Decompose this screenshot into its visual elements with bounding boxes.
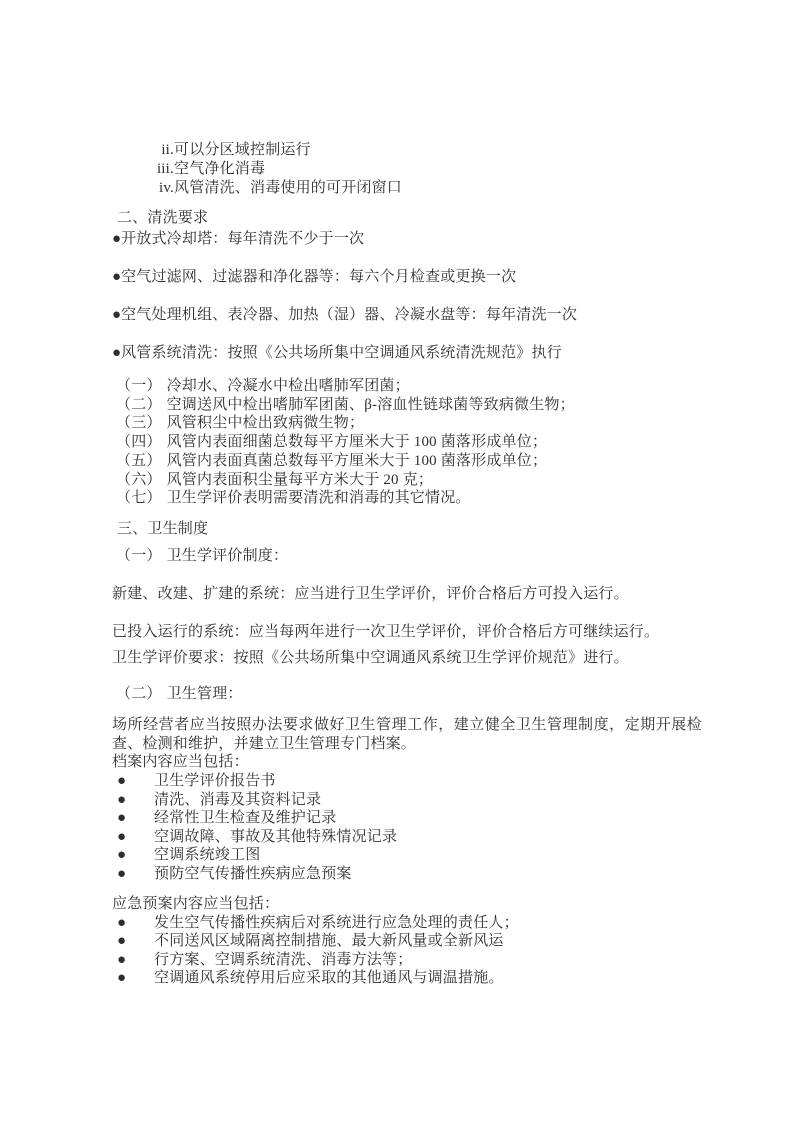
roman-list-item: iv.风管清洗、消毒使用的可开闭窗口 <box>112 179 702 198</box>
list-item-text: 预防空气传播性疾病应急预案 <box>154 865 702 884</box>
bullet-item: ●空气过滤网、过滤器和净化器等：每六个月检查或更换一次 <box>112 268 702 287</box>
emergency-plan-list: ●发生空气传播性疾病后对系统进行应急处理的责任人； ●不同送风区域隔离控制措施、… <box>112 914 702 988</box>
roman-item-text: 可以分区域控制运行 <box>174 141 702 160</box>
bullet-item-text: 空气处理机组、表冷器、加热（湿）器、冷凝水盘等：每年清洗一次 <box>121 307 577 323</box>
item-number: （二） <box>116 686 162 702</box>
list-item-text: 清洗、消毒及其资料记录 <box>154 791 702 810</box>
bullet-icon: ● <box>112 269 121 285</box>
roman-item-text: 风管清洗、消毒使用的可开闭窗口 <box>174 179 702 198</box>
bullet-icon: ● <box>112 345 121 361</box>
numbered-item-text: 风管内表面细菌总数每平方厘米大于 100 菌落形成单位； <box>162 434 548 450</box>
numbered-item-text: 风管内表面积尘量每平方米大于 20 克； <box>162 472 434 488</box>
bullet-item: ●空气处理机组、表冷器、加热（湿）器、冷凝水盘等：每年清洗一次 <box>112 306 702 325</box>
roman-numeral-marker: iii. <box>112 160 174 179</box>
numbered-item: （一）冷却水、冷凝水中检出嗜肺军团菌； <box>116 377 702 396</box>
item-number: （一） <box>116 548 162 564</box>
section-heading-cleaning: 二、清洗要求 <box>112 209 702 228</box>
cleaning-conditions-list: （一）冷却水、冷凝水中检出嗜肺军团菌； （二）空调送风中检出嗜肺军团菌、β-溶血… <box>112 377 702 508</box>
item-number: （五） <box>116 453 162 469</box>
bullet-icon: ● <box>117 772 154 791</box>
archive-list: ●卫生学评价报告书 ●清洗、消毒及其资料记录 ●经常性卫生检查及维护记录 ●空调… <box>112 772 702 884</box>
bullet-icon: ● <box>117 828 154 847</box>
list-item-text: 发生空气传播性疾病后对系统进行应急处理的责任人； <box>154 914 702 933</box>
list-item: ●空调通风系统停用后应采取的其他通风与调温措施。 <box>117 969 702 988</box>
item-number: （四） <box>116 434 162 450</box>
archive-list-intro: 档案内容应当包括： <box>112 753 702 772</box>
list-item: ●空调故障、事故及其他特殊情况记录 <box>117 828 702 847</box>
item-number: （七） <box>116 490 162 506</box>
numbered-item-text: 冷却水、冷凝水中检出嗜肺军团菌； <box>162 378 410 394</box>
bullet-icon: ● <box>117 932 154 951</box>
bullet-icon: ● <box>117 865 154 884</box>
subsection-heading-text: 卫生管理： <box>162 686 243 702</box>
list-item: ●卫生学评价报告书 <box>117 772 702 791</box>
intro-roman-list: ii.可以分区域控制运行 iii.空气净化消毒 iv.风管清洗、消毒使用的可开闭… <box>112 141 702 198</box>
item-number: （六） <box>116 472 162 488</box>
bullet-icon: ● <box>117 951 154 970</box>
paragraph-new-systems: 新建、改建、扩建的系统：应当进行卫生学评价，评价合格后方可投入运行。 <box>112 585 702 604</box>
numbered-item: （三）风管积尘中检出致病微生物； <box>116 414 702 433</box>
subsection-heading-evaluation: （一）卫生学评价制度： <box>112 547 702 566</box>
numbered-item-text: 卫生学评价表明需要清洗和消毒的其它情况。 <box>162 490 471 506</box>
list-item-text: 卫生学评价报告书 <box>154 772 702 791</box>
bullet-icon: ● <box>112 231 121 247</box>
bullet-icon: ● <box>112 307 121 323</box>
plan-list-intro: 应急预案内容应当包括： <box>112 895 702 914</box>
list-item: ●行方案、空调系统清洗、消毒方法等； <box>117 951 702 970</box>
list-item-text: 行方案、空调系统清洗、消毒方法等； <box>154 951 702 970</box>
paragraph-running-systems: 已投入运行的系统：应当每两年进行一次卫生学评价，评价合格后方可继续运行。 <box>112 623 702 642</box>
numbered-item-text: 空调送风中检出嗜肺军团菌、β-溶血性链球菌等致病微生物； <box>162 397 575 413</box>
roman-item-text: 空气净化消毒 <box>174 160 702 179</box>
document-page: ii.可以分区域控制运行 iii.空气净化消毒 iv.风管清洗、消毒使用的可开闭… <box>0 0 793 1122</box>
bullet-item: ●开放式冷却塔：每年清洗不少于一次 <box>112 230 702 249</box>
numbered-item: （五）风管内表面真菌总数每平方厘米大于 100 菌落形成单位； <box>116 452 702 471</box>
bullet-item-text: 开放式冷却塔：每年清洗不少于一次 <box>121 231 364 247</box>
bullet-item-text: 风管系统清洗：按照《公共场所集中空调通风系统清洗规范》执行 <box>121 345 562 361</box>
numbered-item: （二）空调送风中检出嗜肺军团菌、β-溶血性链球菌等致病微生物； <box>116 396 702 415</box>
numbered-item: （七）卫生学评价表明需要清洗和消毒的其它情况。 <box>116 489 702 508</box>
list-item: ●不同送风区域隔离控制措施、最大新风量或全新风运 <box>117 932 702 951</box>
list-item-text: 经常性卫生检查及维护记录 <box>154 809 702 828</box>
numbered-item-text: 风管内表面真菌总数每平方厘米大于 100 菌落形成单位； <box>162 453 548 469</box>
bullet-icon: ● <box>117 791 154 810</box>
bullet-icon: ● <box>117 809 154 828</box>
document-content: ii.可以分区域控制运行 iii.空气净化消毒 iv.风管清洗、消毒使用的可开闭… <box>112 141 702 988</box>
subsection-heading-text: 卫生学评价制度： <box>162 548 289 564</box>
list-item-text: 不同送风区域隔离控制措施、最大新风量或全新风运 <box>154 932 702 951</box>
bullet-icon: ● <box>117 969 154 988</box>
roman-list-item: iii.空气净化消毒 <box>112 160 702 179</box>
list-item: ●发生空气传播性疾病后对系统进行应急处理的责任人； <box>117 914 702 933</box>
list-item-text: 空调系统竣工图 <box>154 846 702 865</box>
item-number: （三） <box>116 415 162 431</box>
list-item: ●经常性卫生检查及维护记录 <box>117 809 702 828</box>
list-item-text: 空调故障、事故及其他特殊情况记录 <box>154 828 702 847</box>
list-item: ●空调系统竣工图 <box>117 846 702 865</box>
list-item: ●清洗、消毒及其资料记录 <box>117 791 702 810</box>
list-item: ●预防空气传播性疾病应急预案 <box>117 865 702 884</box>
roman-numeral-marker: iv. <box>112 179 174 198</box>
bullet-item: ●风管系统清洗：按照《公共场所集中空调通风系统清洗规范》执行 <box>112 344 702 363</box>
roman-numeral-marker: ii. <box>112 141 174 160</box>
numbered-item: （六）风管内表面积尘量每平方米大于 20 克； <box>116 471 702 490</box>
numbered-item: （四）风管内表面细菌总数每平方厘米大于 100 菌落形成单位； <box>116 433 702 452</box>
numbered-item-text: 风管积尘中检出致病微生物； <box>162 415 365 431</box>
paragraph-evaluation-requirement: 卫生学评价要求：按照《公共场所集中空调通风系统卫生学评价规范》进行。 <box>112 649 702 668</box>
item-number: （二） <box>116 397 162 413</box>
list-item-text: 空调通风系统停用后应采取的其他通风与调温措施。 <box>154 969 702 988</box>
bullet-item-text: 空气过滤网、过滤器和净化器等：每六个月检查或更换一次 <box>121 269 516 285</box>
paragraph-management: 场所经营者应当按照办法要求做好卫生管理工作，建立健全卫生管理制度，定期开展检查、… <box>112 716 702 753</box>
item-number: （一） <box>116 378 162 394</box>
subsection-heading-management: （二）卫生管理： <box>112 685 702 704</box>
bullet-icon: ● <box>117 846 154 865</box>
roman-list-item: ii.可以分区域控制运行 <box>112 141 702 160</box>
section-heading-hygiene: 三、卫生制度 <box>112 520 702 539</box>
bullet-icon: ● <box>117 914 154 933</box>
